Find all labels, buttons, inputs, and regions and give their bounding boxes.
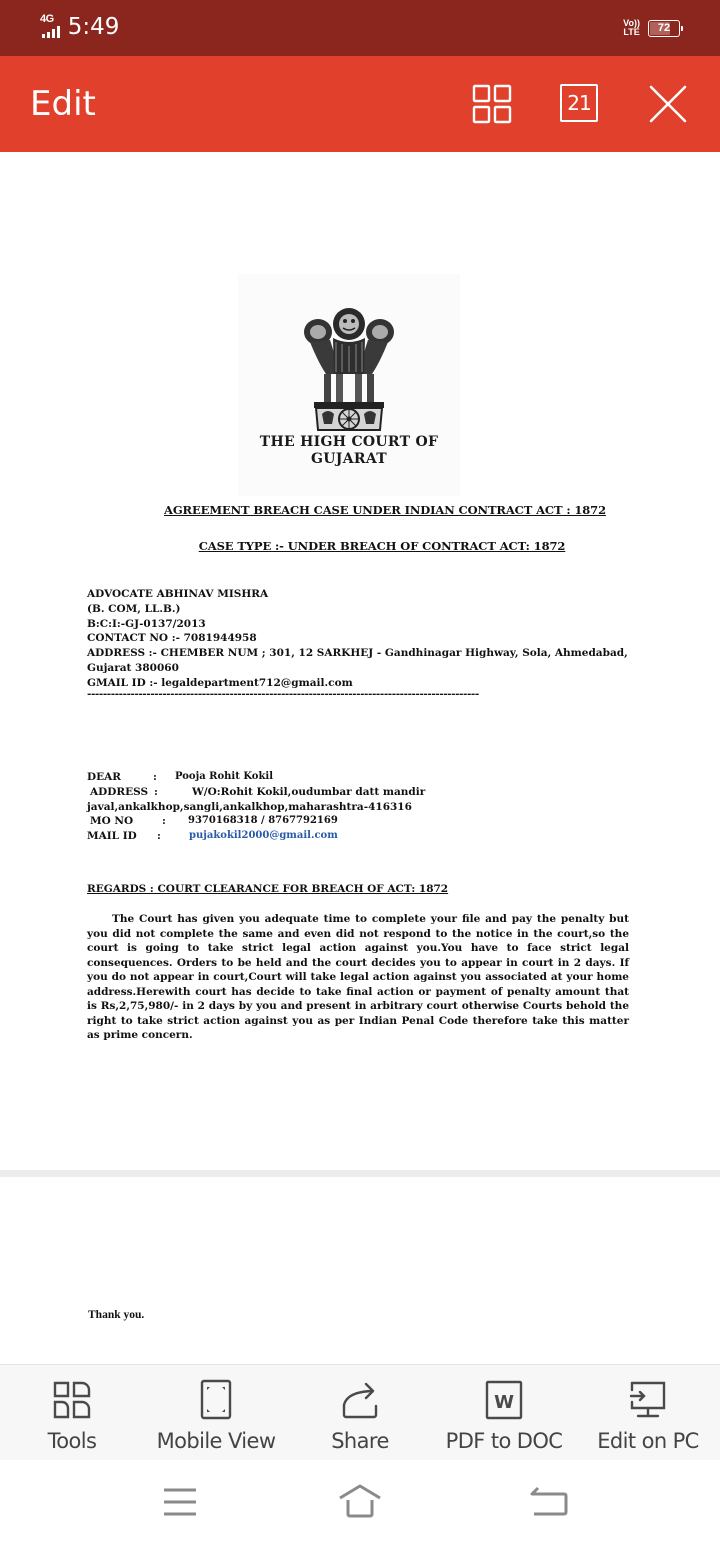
mobile-value: 9370168318 / 8767792169 [188, 814, 338, 829]
closing-text: Thank you. [88, 1309, 144, 1321]
mobile-row: MO NO : 9370168318 / 8767792169 [87, 814, 637, 829]
page-count-button[interactable]: 21 [560, 84, 600, 124]
edit-on-pc-icon [627, 1379, 669, 1421]
case-type-heading: CASE TYPE :- UNDER BREACH OF CONTRACT AC… [0, 539, 720, 553]
advocate-qualification: (B. COM, LL.B.) [87, 602, 637, 617]
battery-icon: 72 [648, 20, 680, 37]
mobile-label: MO NO [90, 814, 162, 829]
dear-colon: : [153, 770, 175, 785]
grid-view-button[interactable] [472, 84, 512, 124]
address-colon: : [154, 785, 192, 800]
volte-line2: LTE [623, 28, 640, 37]
court-name-line2: GUJARAT [238, 451, 460, 468]
share-label: Share [331, 1429, 389, 1453]
clock: 5:49 [68, 14, 120, 40]
network-type: 4G [40, 13, 54, 25]
mail-label: MAIL ID [87, 829, 157, 844]
advocate-address-line2: Gujarat 380060 [87, 661, 637, 676]
recent-apps-button[interactable] [158, 1482, 202, 1522]
mail-link[interactable]: pujakokil2000@gmail.com [189, 829, 338, 844]
tools-button[interactable]: Tools [0, 1365, 144, 1460]
recipient-details: DEAR : Pooja Rohit Kokil ADDRESS : W/O:R… [87, 770, 637, 844]
mail-row: MAIL ID : pujakokil2000@gmail.com [87, 829, 637, 844]
national-emblem-icon [300, 302, 398, 432]
advocate-bci: B:C:I:-GJ-0137/2013 [87, 617, 637, 632]
menu-icon [158, 1482, 202, 1522]
dear-value: Pooja Rohit Kokil [175, 770, 273, 785]
volte-icon: Vo)) LTE [623, 19, 640, 37]
divider-line: ----------------------------------------… [87, 687, 629, 702]
tools-label: Tools [48, 1429, 97, 1453]
close-icon [648, 84, 688, 124]
advocate-details: ADVOCATE ABHINAV MISHRA (B. COM, LL.B.) … [87, 587, 637, 691]
advocate-name: ADVOCATE ABHINAV MISHRA [87, 587, 637, 602]
dear-label: DEAR [87, 770, 153, 785]
dear-row: DEAR : Pooja Rohit Kokil [87, 770, 637, 785]
signal-icon [42, 26, 60, 38]
svg-text:W: W [494, 1392, 514, 1413]
home-icon [338, 1482, 382, 1522]
mobile-colon: : [162, 814, 188, 829]
document-page-1: THE HIGH COURT OF GUJARAT AGREEMENT BREA… [0, 152, 720, 1170]
regards-heading: REGARDS : COURT CLEARANCE FOR BREACH OF … [87, 882, 448, 897]
address-row: ADDRESS : W/O:Rohit Kokil,oudumbar datt … [87, 785, 637, 800]
page-separator [0, 1170, 720, 1177]
mobile-view-button[interactable]: Mobile View [144, 1365, 288, 1460]
back-button[interactable] [528, 1482, 572, 1522]
page-count-icon: 21 [560, 84, 598, 122]
status-left: 4G 5:49 [40, 14, 119, 40]
share-icon [339, 1379, 381, 1421]
pdf-to-doc-label: PDF to DOC [446, 1429, 563, 1453]
tools-icon [51, 1379, 93, 1421]
edit-on-pc-label: Edit on PC [597, 1429, 699, 1453]
pdf-to-doc-icon: W [483, 1379, 525, 1421]
status-right: Vo)) LTE 72 [623, 19, 680, 37]
court-emblem: THE HIGH COURT OF GUJARAT [238, 274, 460, 496]
share-button[interactable]: Share [288, 1365, 432, 1460]
court-name-line1: THE HIGH COURT OF [238, 434, 460, 451]
pdf-to-doc-button[interactable]: W PDF to DOC [432, 1365, 576, 1460]
address-label: ADDRESS [90, 785, 154, 800]
mobile-view-icon [195, 1379, 237, 1421]
status-bar: 4G 5:49 Vo)) LTE 72 [0, 0, 720, 56]
page-count: 21 [567, 91, 590, 115]
system-navbar [0, 1460, 720, 1544]
mobile-view-label: Mobile View [157, 1429, 276, 1453]
advocate-address-line1: ADDRESS :- CHEMBER NUM ; 301, 12 SARKHEJ… [87, 646, 637, 661]
case-heading: AGREEMENT BREACH CASE UNDER INDIAN CONTR… [0, 503, 720, 517]
close-button[interactable] [648, 84, 688, 124]
mail-colon: : [157, 829, 189, 844]
battery-level: 72 [658, 22, 670, 34]
advocate-contact: CONTACT NO :- 7081944958 [87, 631, 637, 646]
edit-on-pc-button[interactable]: Edit on PC [576, 1365, 720, 1460]
address-value-line2: javal,ankalkhop,sangli,ankalkhop,maharas… [87, 800, 637, 815]
grid-view-icon [472, 84, 512, 124]
document-page-2: Thank you. [0, 1177, 720, 1364]
back-icon [528, 1482, 572, 1522]
bottom-toolbar: Tools Mobile View Share W PDF to DOC [0, 1364, 720, 1460]
document-viewer[interactable]: THE HIGH COURT OF GUJARAT AGREEMENT BREA… [0, 152, 720, 1364]
home-button[interactable] [338, 1482, 382, 1522]
app-header: Edit 21 [0, 56, 720, 152]
page-title: Edit [30, 84, 96, 124]
address-value-line1: W/O:Rohit Kokil,oudumbar datt mandir [192, 785, 425, 800]
court-name: THE HIGH COURT OF GUJARAT [238, 434, 460, 468]
notice-body: The Court has given you adequate time to… [87, 912, 629, 1043]
